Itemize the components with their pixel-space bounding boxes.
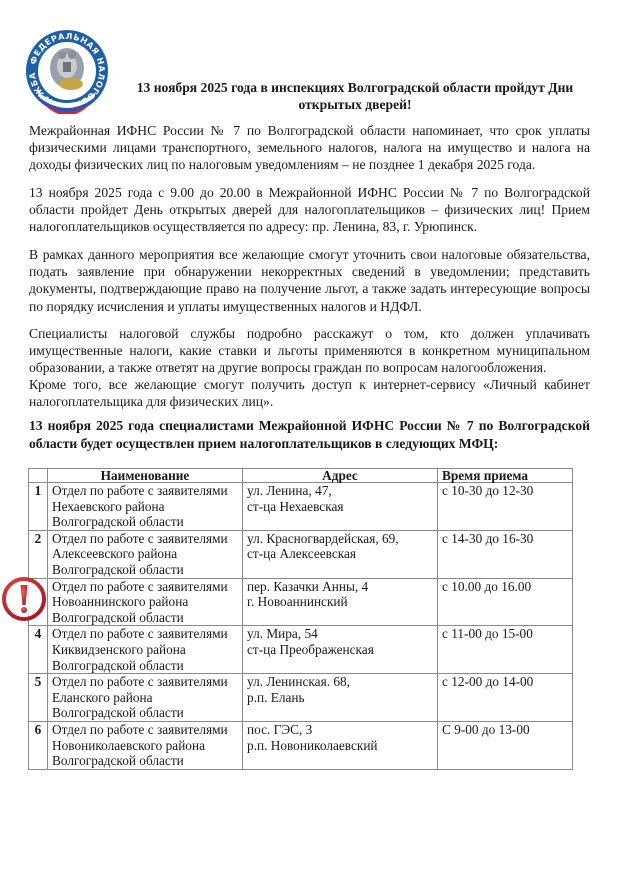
table-row: 2Отдел по работе с заявителямиАлексеевск…	[29, 530, 573, 578]
reception-time: с 10-30 до 12-30	[438, 483, 573, 531]
office-name-line: Отдел по работе с заявителями	[52, 674, 238, 690]
office-name: Отдел по работе с заявителямиЕланского р…	[48, 674, 243, 722]
office-address-line: р.п. Елань	[247, 690, 433, 706]
office-name-line: Отдел по работе с заявителями	[52, 579, 238, 595]
office-address-line: ул. Ленина, 47,	[247, 483, 433, 499]
row-number: 4	[29, 626, 48, 674]
office-name-line: Отдел по работе с заявителями	[52, 483, 238, 499]
paragraph-personal-account: Кроме того, все желающие смогут получить…	[29, 376, 590, 410]
row-number: 1	[29, 483, 48, 531]
reception-time: с 14-30 до 16-30	[438, 530, 573, 578]
title-line-1: 13 ноября 2025 года в инспекциях Волгогр…	[120, 79, 590, 96]
table-header-row: Наименование Адрес Время приема	[29, 469, 573, 483]
office-name-line: Отдел по работе с заявителями	[52, 626, 238, 642]
reception-time: с 12-00 до 14-00	[438, 674, 573, 722]
reception-time: с 11-00 до 15-00	[438, 626, 573, 674]
office-address: ул. Мира, 54ст-ца Преображенская	[243, 626, 438, 674]
office-address-line: ул. Красногвардейская, 69,	[247, 531, 433, 547]
office-name-line: Волгоградской области	[52, 753, 238, 769]
row-number: 6	[29, 721, 48, 769]
office-name-line: Волгоградской области	[52, 562, 238, 578]
office-address-line: ст-ца Преображенская	[247, 642, 433, 658]
office-address-line: р.п. Новониколаевский	[247, 738, 433, 754]
header-address: Адрес	[243, 469, 438, 483]
office-address-line: пер. Казачки Анны, 4	[247, 579, 433, 595]
office-name: Отдел по работе с заявителямиКиквидзенск…	[48, 626, 243, 674]
paragraph-open-day: 13 ноября 2025 года с 9.00 до 20.00 в Ме…	[29, 184, 590, 236]
page-title: 13 ноября 2025 года в инспекциях Волгогр…	[120, 79, 590, 113]
office-name-line: Алексеевского района	[52, 546, 238, 562]
table-row: 6Отдел по работе с заявителямиНовоникола…	[29, 721, 573, 769]
office-address: пос. ГЭС, 3р.п. Новониколаевский	[243, 721, 438, 769]
paragraph-payment-deadline: Межрайонная ИФНС России № 7 по Волгоград…	[29, 122, 590, 174]
office-name-line: Отдел по работе с заявителями	[52, 722, 238, 738]
title-line-2: открытых дверей!	[120, 96, 590, 113]
header-time: Время приема	[438, 469, 573, 483]
table-row: 4Отдел по работе с заявителямиКиквидзенс…	[29, 626, 573, 674]
header-num	[29, 469, 48, 483]
reception-time: С 9-00 до 13-00	[438, 721, 573, 769]
office-address-line: ул. Ленинская. 68,	[247, 674, 433, 690]
office-name-line: Новоаннинского района	[52, 594, 238, 610]
table-row: Отдел по работе с заявителямиНовоаннинск…	[29, 578, 573, 626]
mfc-subheading: 13 ноября 2025 года специалистами Межрай…	[29, 417, 590, 452]
office-name-line: Киквидзенского района	[52, 642, 238, 658]
office-name-line: Отдел по работе с заявителями	[52, 531, 238, 547]
office-address: ул. Ленинская. 68,р.п. Елань	[243, 674, 438, 722]
mfc-schedule-table: Наименование Адрес Время приема 1Отдел п…	[28, 468, 573, 770]
header-name: Наименование	[48, 469, 243, 483]
office-name: Отдел по работе с заявителямиНехаевского…	[48, 483, 243, 531]
office-address: ул. Красногвардейская, 69,ст-ца Алексеев…	[243, 530, 438, 578]
office-address: ул. Ленина, 47,ст-ца Нехаевская	[243, 483, 438, 531]
office-address-line: г. Новоаннинский	[247, 594, 433, 610]
office-address: пер. Казачки Анны, 4г. Новоаннинский	[243, 578, 438, 626]
paragraph-event-details: В рамках данного мероприятия все желающи…	[29, 246, 590, 315]
office-name-line: Новониколаевского района	[52, 738, 238, 754]
warning-exclamation-icon	[2, 577, 46, 621]
fns-emblem-icon: ФЕДЕРАЛЬНАЯ НАЛОГОВАЯ СЛУЖБА	[24, 28, 110, 114]
row-number: 5	[29, 674, 48, 722]
office-name-line: Волгоградской области	[52, 705, 238, 721]
reception-time: с 10.00 до 16.00	[438, 578, 573, 626]
office-name-line: Волгоградской области	[52, 658, 238, 674]
paragraph-specialists: Специалисты налоговой службы подробно ра…	[29, 325, 590, 377]
office-name-line: Волгоградской области	[52, 610, 238, 626]
table-row: 1Отдел по работе с заявителямиНехаевског…	[29, 483, 573, 531]
office-address-line: ул. Мира, 54	[247, 626, 433, 642]
office-name-line: Волгоградской области	[52, 514, 238, 530]
office-address-line: ст-ца Алексеевская	[247, 546, 433, 562]
office-name: Отдел по работе с заявителямиНовоаннинск…	[48, 578, 243, 626]
office-name: Отдел по работе с заявителямиНовониколае…	[48, 721, 243, 769]
office-name-line: Еланского района	[52, 690, 238, 706]
office-name-line: Нехаевского района	[52, 499, 238, 515]
office-name: Отдел по работе с заявителямиАлексеевско…	[48, 530, 243, 578]
office-address-line: пос. ГЭС, 3	[247, 722, 433, 738]
row-number: 2	[29, 530, 48, 578]
table-row: 5Отдел по работе с заявителямиЕланского …	[29, 674, 573, 722]
office-address-line: ст-ца Нехаевская	[247, 499, 433, 515]
